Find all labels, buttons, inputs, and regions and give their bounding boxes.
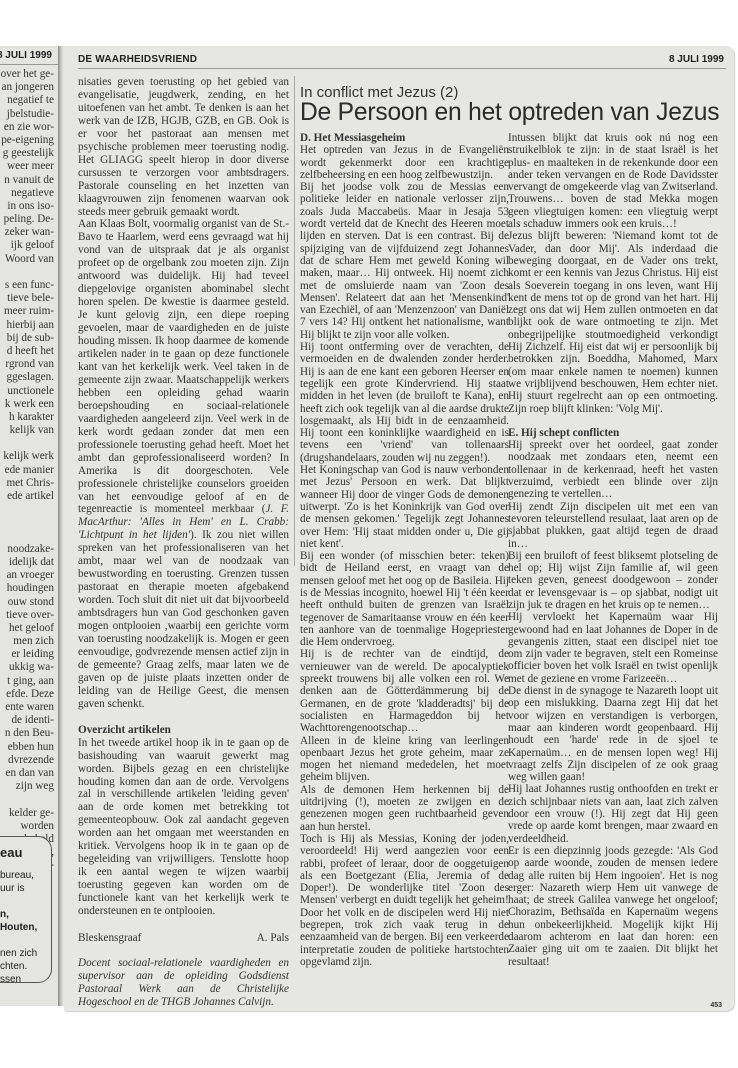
info-box-text: eaubureau,uur isn,Houten,nen zichchten.s…: [0, 846, 54, 986]
text-fragment-line: bij de sub-: [0, 332, 54, 345]
text-fragment-line: s een func-: [0, 279, 54, 292]
author-bio: Docent sociaal-relationele vaardigheden …: [78, 957, 289, 1009]
text-fragment-line: idelijk dat: [0, 556, 54, 569]
box-line: chten.: [0, 960, 54, 973]
box-line: nen zich: [0, 947, 54, 960]
box-line: bureau,: [0, 869, 54, 882]
text-fragment-line: en dan van: [0, 767, 54, 780]
text-fragment-line: kelijk van: [0, 424, 54, 437]
article-column-2: Intussen blijkt dat kruis ook nú nog een…: [508, 132, 718, 968]
text-fragment-line: ede manier: [0, 464, 54, 477]
text-fragment-line: met Chris-: [0, 477, 54, 490]
paragraph: Het Koningschap van God is nauw verbonde…: [300, 464, 509, 550]
text-fragment-line: k werk een: [0, 398, 54, 411]
box-line: [0, 895, 54, 908]
right-page: DE WAARHEIDSVRIEND 8 JULI 1999 nisaties …: [64, 46, 734, 1011]
left-page-date: 8 JULI 1999: [0, 50, 52, 61]
author: A. Pals: [257, 932, 289, 945]
text-fragment-line: rgrond van: [0, 358, 54, 371]
subheading-overview: Overzicht artikelen: [78, 724, 289, 737]
text-fragment-line: dvrezende: [0, 754, 54, 767]
continued-article-column: nisaties geven toerusting op het gebied …: [78, 76, 289, 1009]
text-fragment-line: [0, 266, 54, 279]
paragraph: Hij toont ontferming over de verachten, …: [300, 341, 509, 464]
paragraph: Hij is de rechter van de eindtijd, de ve…: [300, 648, 509, 734]
text-fragment-line: meer ruim-: [0, 305, 54, 318]
article-headline: De Persoon en het optreden van Jezus: [300, 99, 719, 127]
paragraph: Als de demonen Hem herkennen bij de uitd…: [300, 784, 509, 833]
text-fragment-line: pe-eigening: [0, 134, 54, 147]
paragraph: Het optreden van Jezus in de Evangeliën …: [300, 144, 509, 181]
box-line: n,: [0, 908, 54, 921]
text-fragment-line: ukkig wa-: [0, 661, 54, 674]
text-fragment-line: jbelstudie-: [0, 108, 54, 121]
text-fragment-line: weer meer: [0, 160, 54, 173]
text-fragment-line: [0, 503, 54, 516]
paragraph: Door het volk en de discipelen werd Hij …: [300, 907, 509, 968]
text-fragment-line: [0, 516, 54, 529]
text-fragment-line: ggeslagen.: [0, 371, 54, 384]
text-fragment-line: d heeft het: [0, 345, 54, 358]
header-rule: [78, 68, 726, 69]
text-fragment-line: ente waren: [0, 701, 54, 714]
column-divider: [294, 76, 295, 566]
box-line: uur is: [0, 882, 54, 895]
text-fragment-line: n den Beu-: [0, 727, 54, 740]
paragraph: Er is een diepzinnig joods gezegde: 'Als…: [508, 845, 718, 968]
box-title-fragment: eau: [0, 846, 54, 859]
box-line: [0, 934, 54, 947]
text-fragment-line: an vroeger: [0, 569, 54, 582]
text-fragment-line: over het ge-: [0, 68, 54, 81]
text-fragment-line: [0, 530, 54, 543]
box-line: Houten,: [0, 921, 54, 934]
text-fragment-line: de identi-: [0, 714, 54, 727]
text-fragment-line: negatief te: [0, 94, 54, 107]
text-fragment-line: zeker wan-: [0, 226, 54, 239]
text-fragment-line: efde. Deze: [0, 688, 54, 701]
text-fragment-line: houdingen: [0, 582, 54, 595]
paragraph: Bij een bruiloft of feest bliksemt plots…: [508, 550, 718, 611]
left-header-rule: [0, 64, 58, 65]
text-fragment-line: [0, 793, 54, 806]
paragraph: Hij vervloekt het Kapernaüm waar Hij gew…: [508, 611, 718, 685]
paragraph: nisaties geven toerusting op het gebied …: [78, 76, 289, 218]
paragraph: In het tweede artikel hoop ik in te gaan…: [78, 737, 289, 918]
text-fragment-line: het geloof: [0, 622, 54, 635]
page-date: 8 JULI 1999: [669, 54, 724, 65]
text-fragment-line: g geestelijk: [0, 147, 54, 160]
left-page-fragment: 8 JULI 1999 over het ge-an jongerennegat…: [0, 46, 58, 1006]
text-fragment-line: h karakter: [0, 411, 54, 424]
text-fragment-line: men zich: [0, 635, 54, 648]
place: Bleskensgraaf: [78, 932, 141, 945]
signature-line: Bleskensgraaf A. Pals: [78, 932, 289, 945]
paragraph: Bij het joodse volk zou de Messias een p…: [300, 181, 509, 341]
page-number: 453: [710, 1002, 722, 1009]
text-fragment-line: en zie wor-: [0, 121, 54, 134]
left-page-text-column: over het ge-an jongerennegatief tejbelst…: [0, 68, 54, 872]
text-fragment-line: an jongeren: [0, 81, 54, 94]
paragraph: Jezus blijft beweren: 'Niemand komt tot …: [508, 230, 718, 414]
text-fragment-line: ebben hun: [0, 741, 54, 754]
text-fragment-line: t ging, aan: [0, 675, 54, 688]
paragraph: Toch is Hij als Messias, Koning der jode…: [300, 833, 509, 907]
text-fragment-line: noodzake-: [0, 543, 54, 556]
text-fragment-line: kelijk werk: [0, 450, 54, 463]
paragraph: Bij een wonder (of misschien beter: teke…: [300, 550, 509, 648]
text-fragment-line: ijk geloof: [0, 239, 54, 252]
text-fragment-line: hierbij aan: [0, 319, 54, 332]
masthead: DE WAARHEIDSVRIEND: [78, 54, 197, 65]
paragraph: Intussen blijkt dat kruis ook nú nog een…: [508, 132, 718, 230]
text-fragment-line: er leiding: [0, 648, 54, 661]
paragraph: Hij spreekt over het oordeel, gaat zonde…: [508, 439, 718, 500]
text-fragment-line: kelder ge-: [0, 807, 54, 820]
text-fragment-line: n vanuit de: [0, 174, 54, 187]
text-fragment-line: Woord van: [0, 253, 54, 266]
paragraph: Hij laat Johannes rustig onthoofden en t…: [508, 783, 718, 844]
text-fragment-line: worden: [0, 820, 54, 833]
paragraph: Aan Klaas Bolt, voormalig organist van d…: [78, 218, 289, 710]
text-fragment-line: negatieve: [0, 187, 54, 200]
paragraph: Hij zendt Zijn discipelen uit met een va…: [508, 501, 718, 550]
text-fragment-line: ede artikel: [0, 490, 54, 503]
text-fragment-line: zijn weg: [0, 780, 54, 793]
text-fragment-line: tieve over-: [0, 609, 54, 622]
text-fragment-line: ouw stond: [0, 596, 54, 609]
section-heading-e: E. Hij schept conflicten: [508, 427, 718, 439]
text-fragment-line: peling. De-: [0, 213, 54, 226]
text-fragment-line: in ons iso-: [0, 200, 54, 213]
paragraph: Alleen in de kleine kring van leerlingen…: [300, 735, 509, 784]
text-fragment-line: tieve bele-: [0, 292, 54, 305]
text-fragment-line: unctionele: [0, 385, 54, 398]
box-line: ssen: [0, 973, 54, 986]
article-column-1: D. Het Messiasgeheim Het optreden van Je…: [300, 132, 509, 968]
section-heading-d: D. Het Messiasgeheim: [300, 132, 509, 144]
text-fragment-line: [0, 437, 54, 450]
paragraph: De dienst in de synagoge te Nazareth loo…: [508, 685, 718, 783]
